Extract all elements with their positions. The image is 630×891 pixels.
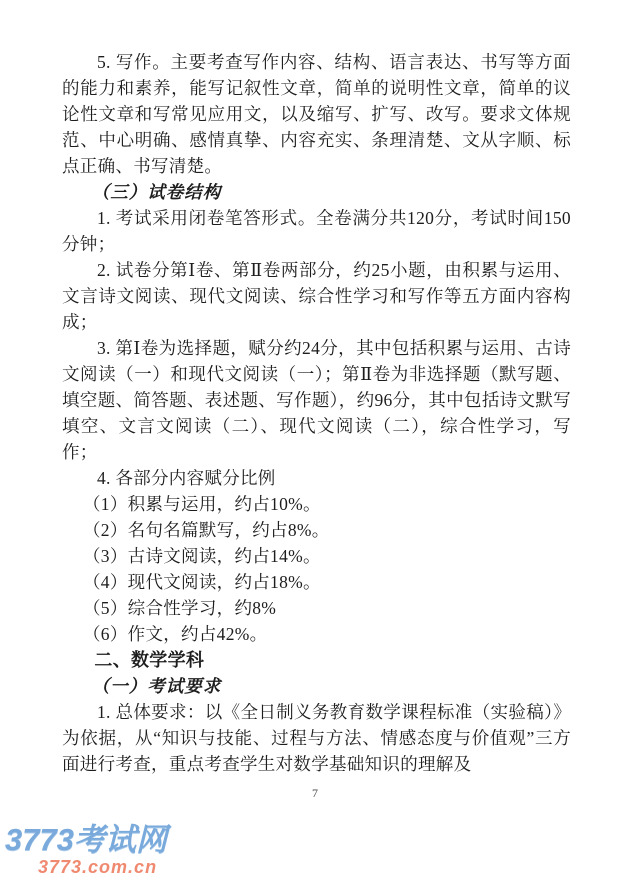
list-item: （6）作文，约占42%。	[62, 621, 571, 647]
section-heading-kaoshi-yaoqiu: （一）考试要求	[62, 673, 571, 699]
section-heading-math-subject: 二、数学学科	[62, 647, 571, 673]
list-item: （3）古诗文阅读，约占14%。	[62, 543, 571, 569]
paragraph: 2. 试卷分第Ⅰ卷、第Ⅱ卷两部分，约25小题，由积累与运用、文言诗文阅读、现代文…	[62, 257, 571, 335]
document-content: 5. 写作。主要考查写作内容、结构、语言表达、书写等方面的能力和素养，能写记叙性…	[62, 49, 571, 777]
watermark-domain-text: 3773.com.cn	[38, 858, 167, 876]
paragraph: 3. 第Ⅰ卷为选择题，赋分约24分，其中包括积累与运用、古诗文阅读（一）和现代文…	[62, 335, 571, 465]
paragraph: 5. 写作。主要考查写作内容、结构、语言表达、书写等方面的能力和素养，能写记叙性…	[62, 49, 571, 179]
paragraph: 4. 各部分内容赋分比例	[62, 465, 571, 491]
watermark-logo-text: 3773考试网	[5, 824, 167, 855]
list-item: （1）积累与运用，约占10%。	[62, 491, 571, 517]
paragraph: 1. 总体要求：以《全日制义务教育数学课程标准（实验稿）》为依据，从“知识与技能…	[62, 699, 571, 777]
section-heading-shijuan-jiegou: （三）试卷结构	[62, 179, 571, 205]
page-number: 7	[0, 786, 630, 801]
list-item: （4）现代文阅读，约占18%。	[62, 569, 571, 595]
list-item: （2）名句名篇默写，约占8%。	[62, 517, 571, 543]
list-item: （5）综合性学习，约8%	[62, 595, 571, 621]
watermark: 3773考试网 3773.com.cn	[5, 824, 167, 876]
paragraph: 1. 考试采用闭卷笔答形式。全卷满分共120分，考试时间150分钟；	[62, 205, 571, 257]
document-page: 5. 写作。主要考查写作内容、结构、语言表达、书写等方面的能力和素养，能写记叙性…	[0, 0, 630, 891]
